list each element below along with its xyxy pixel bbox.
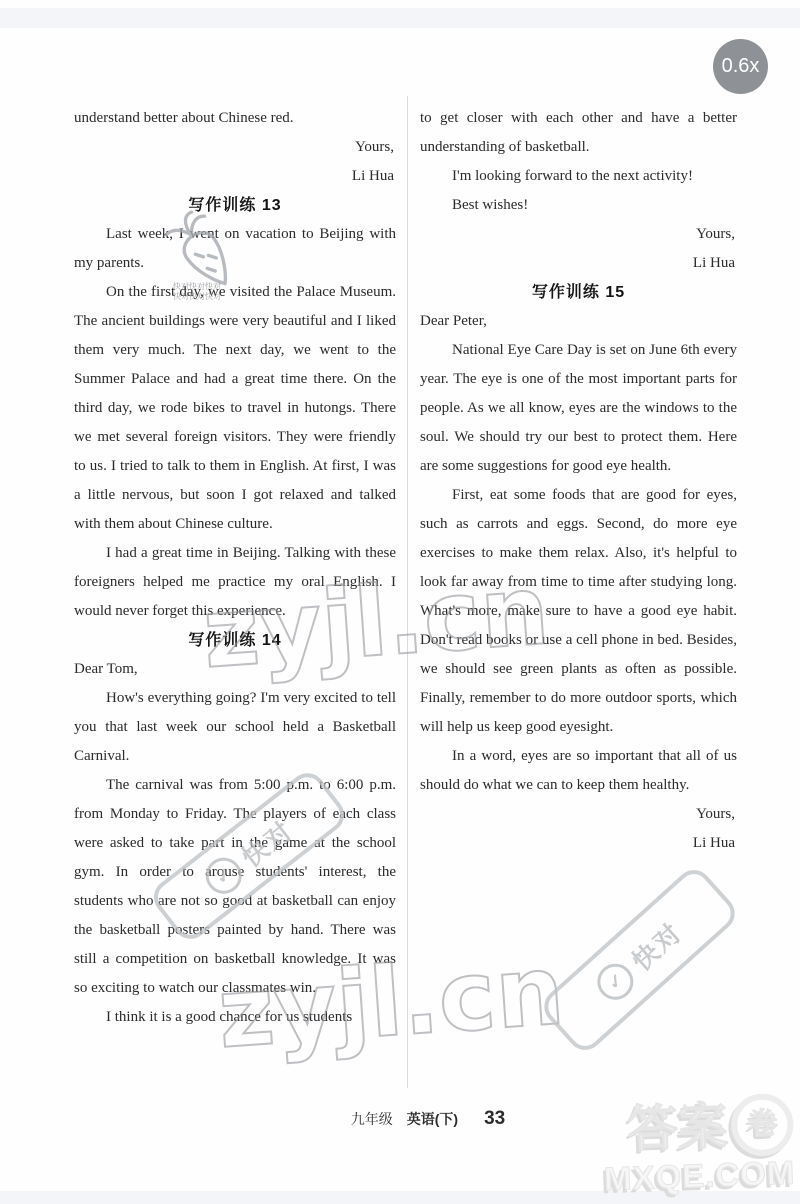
signoff-li-hua: Li Hua [74,162,396,191]
zoom-level-badge: 0.6x [713,39,768,94]
salutation: Dear Peter, [420,307,737,336]
essay-paragraph: understand better about Chinese red. [74,104,396,133]
kuaidui-check-icon: ✓ [590,956,641,1007]
essay-paragraph: The carnival was from 5:00 p.m. to 6:00 … [74,771,396,1003]
essay-paragraph: to get closer with each other and have a… [420,104,737,162]
essay-paragraph: On the first day, we visited the Palace … [74,278,396,539]
salutation: Dear Tom, [74,655,396,684]
left-column: understand better about Chinese red. You… [74,104,396,1032]
footer-page-number: 33 [484,1108,505,1130]
essay-paragraph: In a word, eyes are so important that al… [420,742,737,800]
kuaidui-stamp-label: 快对 [623,913,689,978]
essay-paragraph: Last week, I went on vacation to Beijing… [74,220,396,278]
essay-paragraph: National Eye Care Day is set on June 6th… [420,336,737,481]
signoff-yours: Yours, [74,133,396,162]
bottom-bar [0,1191,800,1204]
signoff-li-hua: Li Hua [420,829,737,858]
section-heading-14: 写作训练 14 [74,626,396,655]
essay-paragraph: Best wishes! [420,191,737,220]
section-heading-15: 写作训练 15 [420,278,737,307]
footer-grade: 九年级 [351,1109,393,1129]
page-footer: 九年级 英语(下) 33 [28,1108,800,1130]
section-heading-13: 写作训练 13 [74,191,396,220]
signoff-yours: Yours, [420,800,737,829]
signoff-li-hua: Li Hua [420,249,737,278]
essay-paragraph: First, eat some foods that are good for … [420,481,737,742]
column-divider [407,96,408,1088]
top-bar [0,8,800,28]
right-column: to get closer with each other and have a… [420,104,737,858]
page-scan[interactable]: 0.6x understand better about Chinese red… [0,0,800,1204]
signoff-yours: Yours, [420,220,737,249]
essay-paragraph: I had a great time in Beijing. Talking w… [74,539,396,626]
essay-paragraph: I'm looking forward to the next activity… [420,162,737,191]
footer-subject: 英语(下) [407,1109,458,1129]
essay-paragraph: I think it is a good chance for us stude… [74,1003,396,1032]
kuaidui-stamp: ✓ 快对 [537,863,742,1058]
essay-paragraph: How's everything going? I'm very excited… [74,684,396,771]
